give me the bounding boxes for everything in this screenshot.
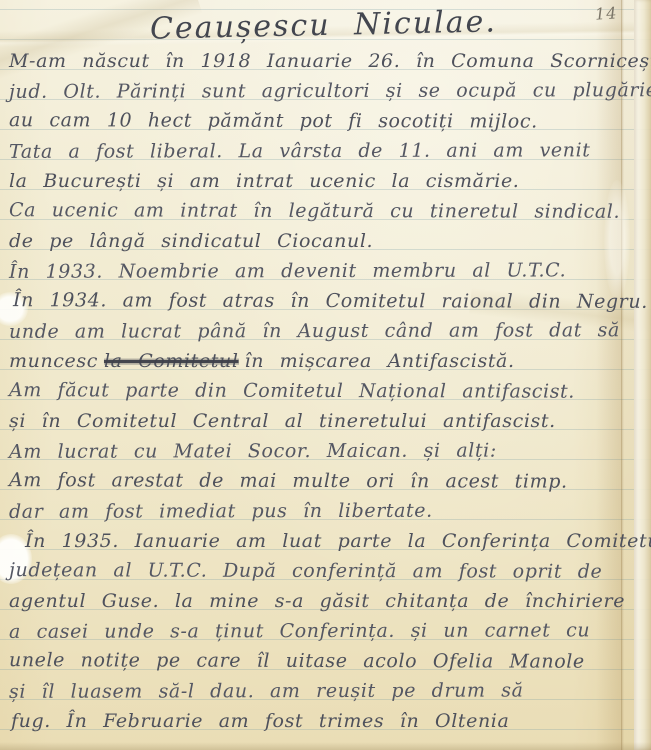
handwritten-line: și în Comitetul Central al tineretului a… <box>9 406 649 436</box>
handwritten-body: M-am născut în 1918 Ianuarie 26. în Comu… <box>9 46 649 736</box>
handwritten-line: Tata a fost liberal. La vârsta de 11. an… <box>9 135 649 167</box>
handwritten-line: a casei unde s-a ținut Conferința. și un… <box>9 615 649 647</box>
handwritten-line: de pe lângă sindicatul Ciocanul. <box>9 226 649 256</box>
handwritten-line-with-strikethrough: muncescla Comitetulîn mișcarea Antifasci… <box>9 346 649 376</box>
page-number: 14 <box>594 3 618 24</box>
handwritten-line: și îl luasem să-l dau. am reușit pe drum… <box>9 675 649 707</box>
handwritten-line: Ca ucenic am intrat în legătură cu tiner… <box>9 195 649 227</box>
handwritten-line: Am lucrat cu Matei Socor. Maican. și alț… <box>9 435 649 467</box>
handwritten-line: fug. În Februarie am fost trimes în Olte… <box>9 706 649 736</box>
paper-edge <box>0 742 651 750</box>
handwritten-line: Am făcut parte din Comitetul Național an… <box>9 375 649 407</box>
handwritten-line: dar am fost imediat pus în libertate. <box>9 495 649 527</box>
struck-out-text: la Comitetul <box>104 350 239 372</box>
line-segment: în mișcarea Antifascistă. <box>245 350 515 372</box>
handwritten-line: unde am lucrat până în August când am fo… <box>9 315 649 347</box>
handwritten-line: agentul Guse. la mine s-a găsit chitanța… <box>9 586 649 616</box>
handwritten-line: unele notițe pe care îl uitase acolo Ofe… <box>9 645 649 677</box>
handwritten-line: În 1935. Ianuarie am luat parte la Confe… <box>9 526 649 556</box>
handwritten-line: În 1934. am fost atras în Comitetul raio… <box>9 285 649 317</box>
handwritten-line: județean al U.T.C. După conferință am fo… <box>9 555 649 587</box>
handwritten-line: la București și am intrat ucenic la cism… <box>9 166 649 196</box>
handwritten-line: M-am născut în 1918 Ianuarie 26. în Comu… <box>9 46 649 76</box>
handwritten-line: Am fost arestat de mai multe ori în aces… <box>9 465 649 497</box>
handwritten-line: au cam 10 hect pămănt pot fi socotiți mi… <box>9 105 649 137</box>
line-segment: muncesc <box>9 350 98 372</box>
handwritten-line: jud. Olt. Părinți sunt agricultori și se… <box>9 75 649 107</box>
handwritten-line: În 1933. Noembrie am devenit membru al U… <box>9 255 649 287</box>
document-title: Ceaușescu Niculae. <box>150 4 498 46</box>
document-scan: 14 Ceaușescu Niculae. M-am născut în 191… <box>0 0 651 750</box>
